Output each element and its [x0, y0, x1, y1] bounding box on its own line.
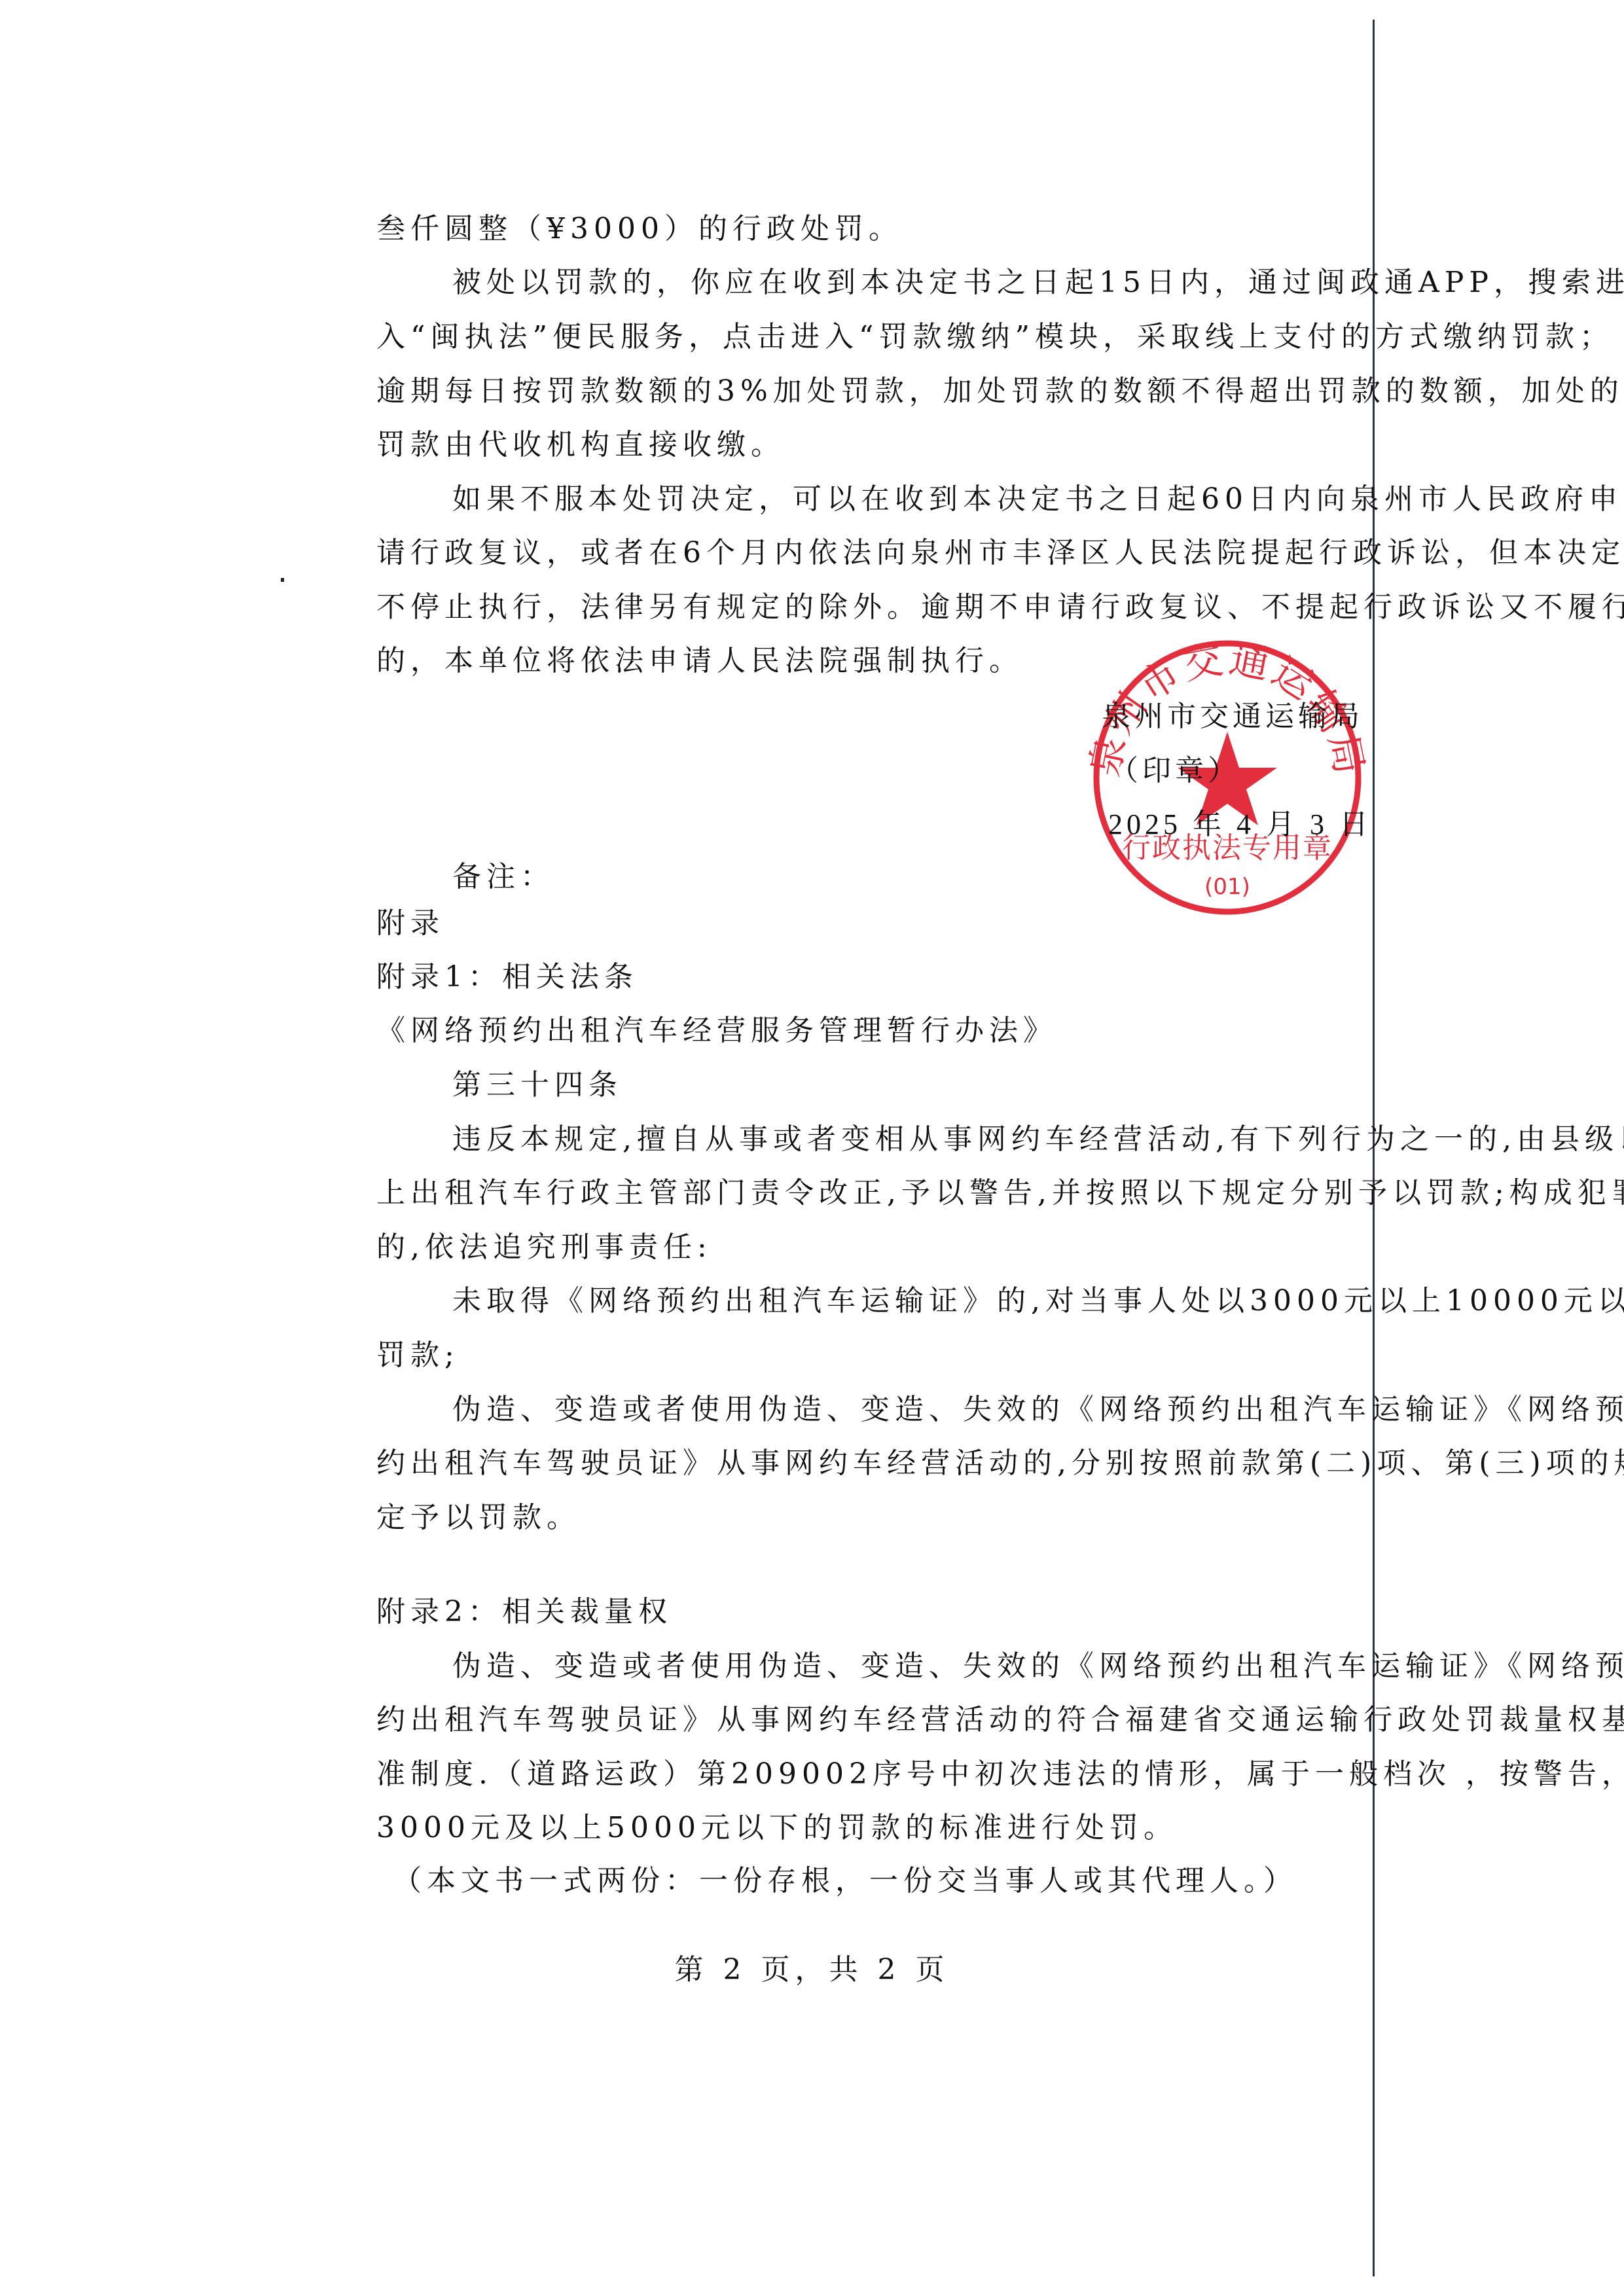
body-line: 逾期每日按罚款数额的3%加处罚款，加处罚款的数额不得超出罚款的数额，加处的	[376, 373, 1434, 410]
article-number: 第三十四条	[376, 1067, 1434, 1103]
copies-note: （本文书一式两份：一份存根，一份交当事人或其代理人。）	[393, 1863, 1440, 1899]
appendix-1-heading: 附录1：相关法条	[376, 959, 1434, 996]
scan-speck	[281, 578, 284, 582]
issue-date: 2025 年 4 月 3 日	[1108, 806, 1372, 843]
appendix-line: 3000元及以上5000元以下的罚款的标准进行处罚。	[376, 1810, 1434, 1846]
document-page: 叁仟圆整（¥3000）的行政处罚。 被处以罚款的，你应在收到本决定书之日起15日…	[0, 0, 1624, 2296]
svg-text:(01): (01)	[1204, 874, 1250, 900]
regulation-title: 《网络预约出租汽车经营服务管理暂行办法》	[376, 1013, 1434, 1049]
appendix-line: 的,依法追究刑事责任:	[376, 1229, 1434, 1266]
appendix-line: 定予以罚款。	[376, 1499, 1434, 1536]
appendix-line: 约出租汽车驾驶员证》从事网约车经营活动的符合福建省交通运输行政处罚裁量权基	[376, 1702, 1434, 1738]
issuer-name: 泉州市交通运输局	[1102, 698, 1363, 735]
body-line: 如果不服本处罚决定，可以在收到本决定书之日起60日内向泉州市人民政府申	[376, 481, 1434, 518]
appendix-line: 上出租汽车行政主管部门责令改正,予以警告,并按照以下规定分别予以罚款;构成犯罪	[376, 1175, 1434, 1211]
body-line: 被处以罚款的，你应在收到本决定书之日起15日内，通过闽政通APP，搜索进	[376, 264, 1434, 301]
body-line: 请行政复议，或者在6个月内依法向泉州市丰泽区人民法院提起行政诉讼，但本决定	[376, 535, 1434, 571]
page-number-footer: 第 2 页，共 2 页	[0, 1952, 1624, 1988]
appendix-line: 违反本规定,擅自从事或者变相从事网约车经营活动,有下列行为之一的,由县级以	[376, 1121, 1434, 1158]
appendix-line: 约出租汽车驾驶员证》从事网约车经营活动的,分别按照前款第(二)项、第(三)项的规	[376, 1445, 1434, 1482]
appendix-line: 伪造、变造或者使用伪造、变造、失效的《网络预约出租汽车运输证》《网络预	[376, 1391, 1434, 1428]
appendix-2-heading: 附录2：相关裁量权	[376, 1594, 1434, 1630]
appendix-line: 未取得《网络预约出租汽车运输证》的,对当事人处以3000元以上10000元以下	[376, 1283, 1434, 1319]
body-line: 罚款由代收机构直接收缴。	[376, 427, 1434, 463]
seal-label: （印章）	[1110, 753, 1240, 789]
appendix-line: 准制度.（道路运政）第209002序号中初次违法的情形，属于一般档次 ，按警告，…	[376, 1756, 1434, 1793]
body-line: 入“闽执法”便民服务，点击进入“罚款缴纳”模块，采取线上支付的方式缴纳罚款；	[376, 319, 1434, 355]
body-line: 不停止执行，法律另有规定的除外。逾期不申请行政复议、不提起行政诉讼又不履行	[376, 589, 1434, 626]
appendix-line: 罚款;	[376, 1337, 1434, 1374]
appendix-line: 伪造、变造或者使用伪造、变造、失效的《网络预约出租汽车运输证》《网络预	[376, 1648, 1434, 1685]
body-line: 叁仟圆整（¥3000）的行政处罚。	[376, 211, 1434, 247]
